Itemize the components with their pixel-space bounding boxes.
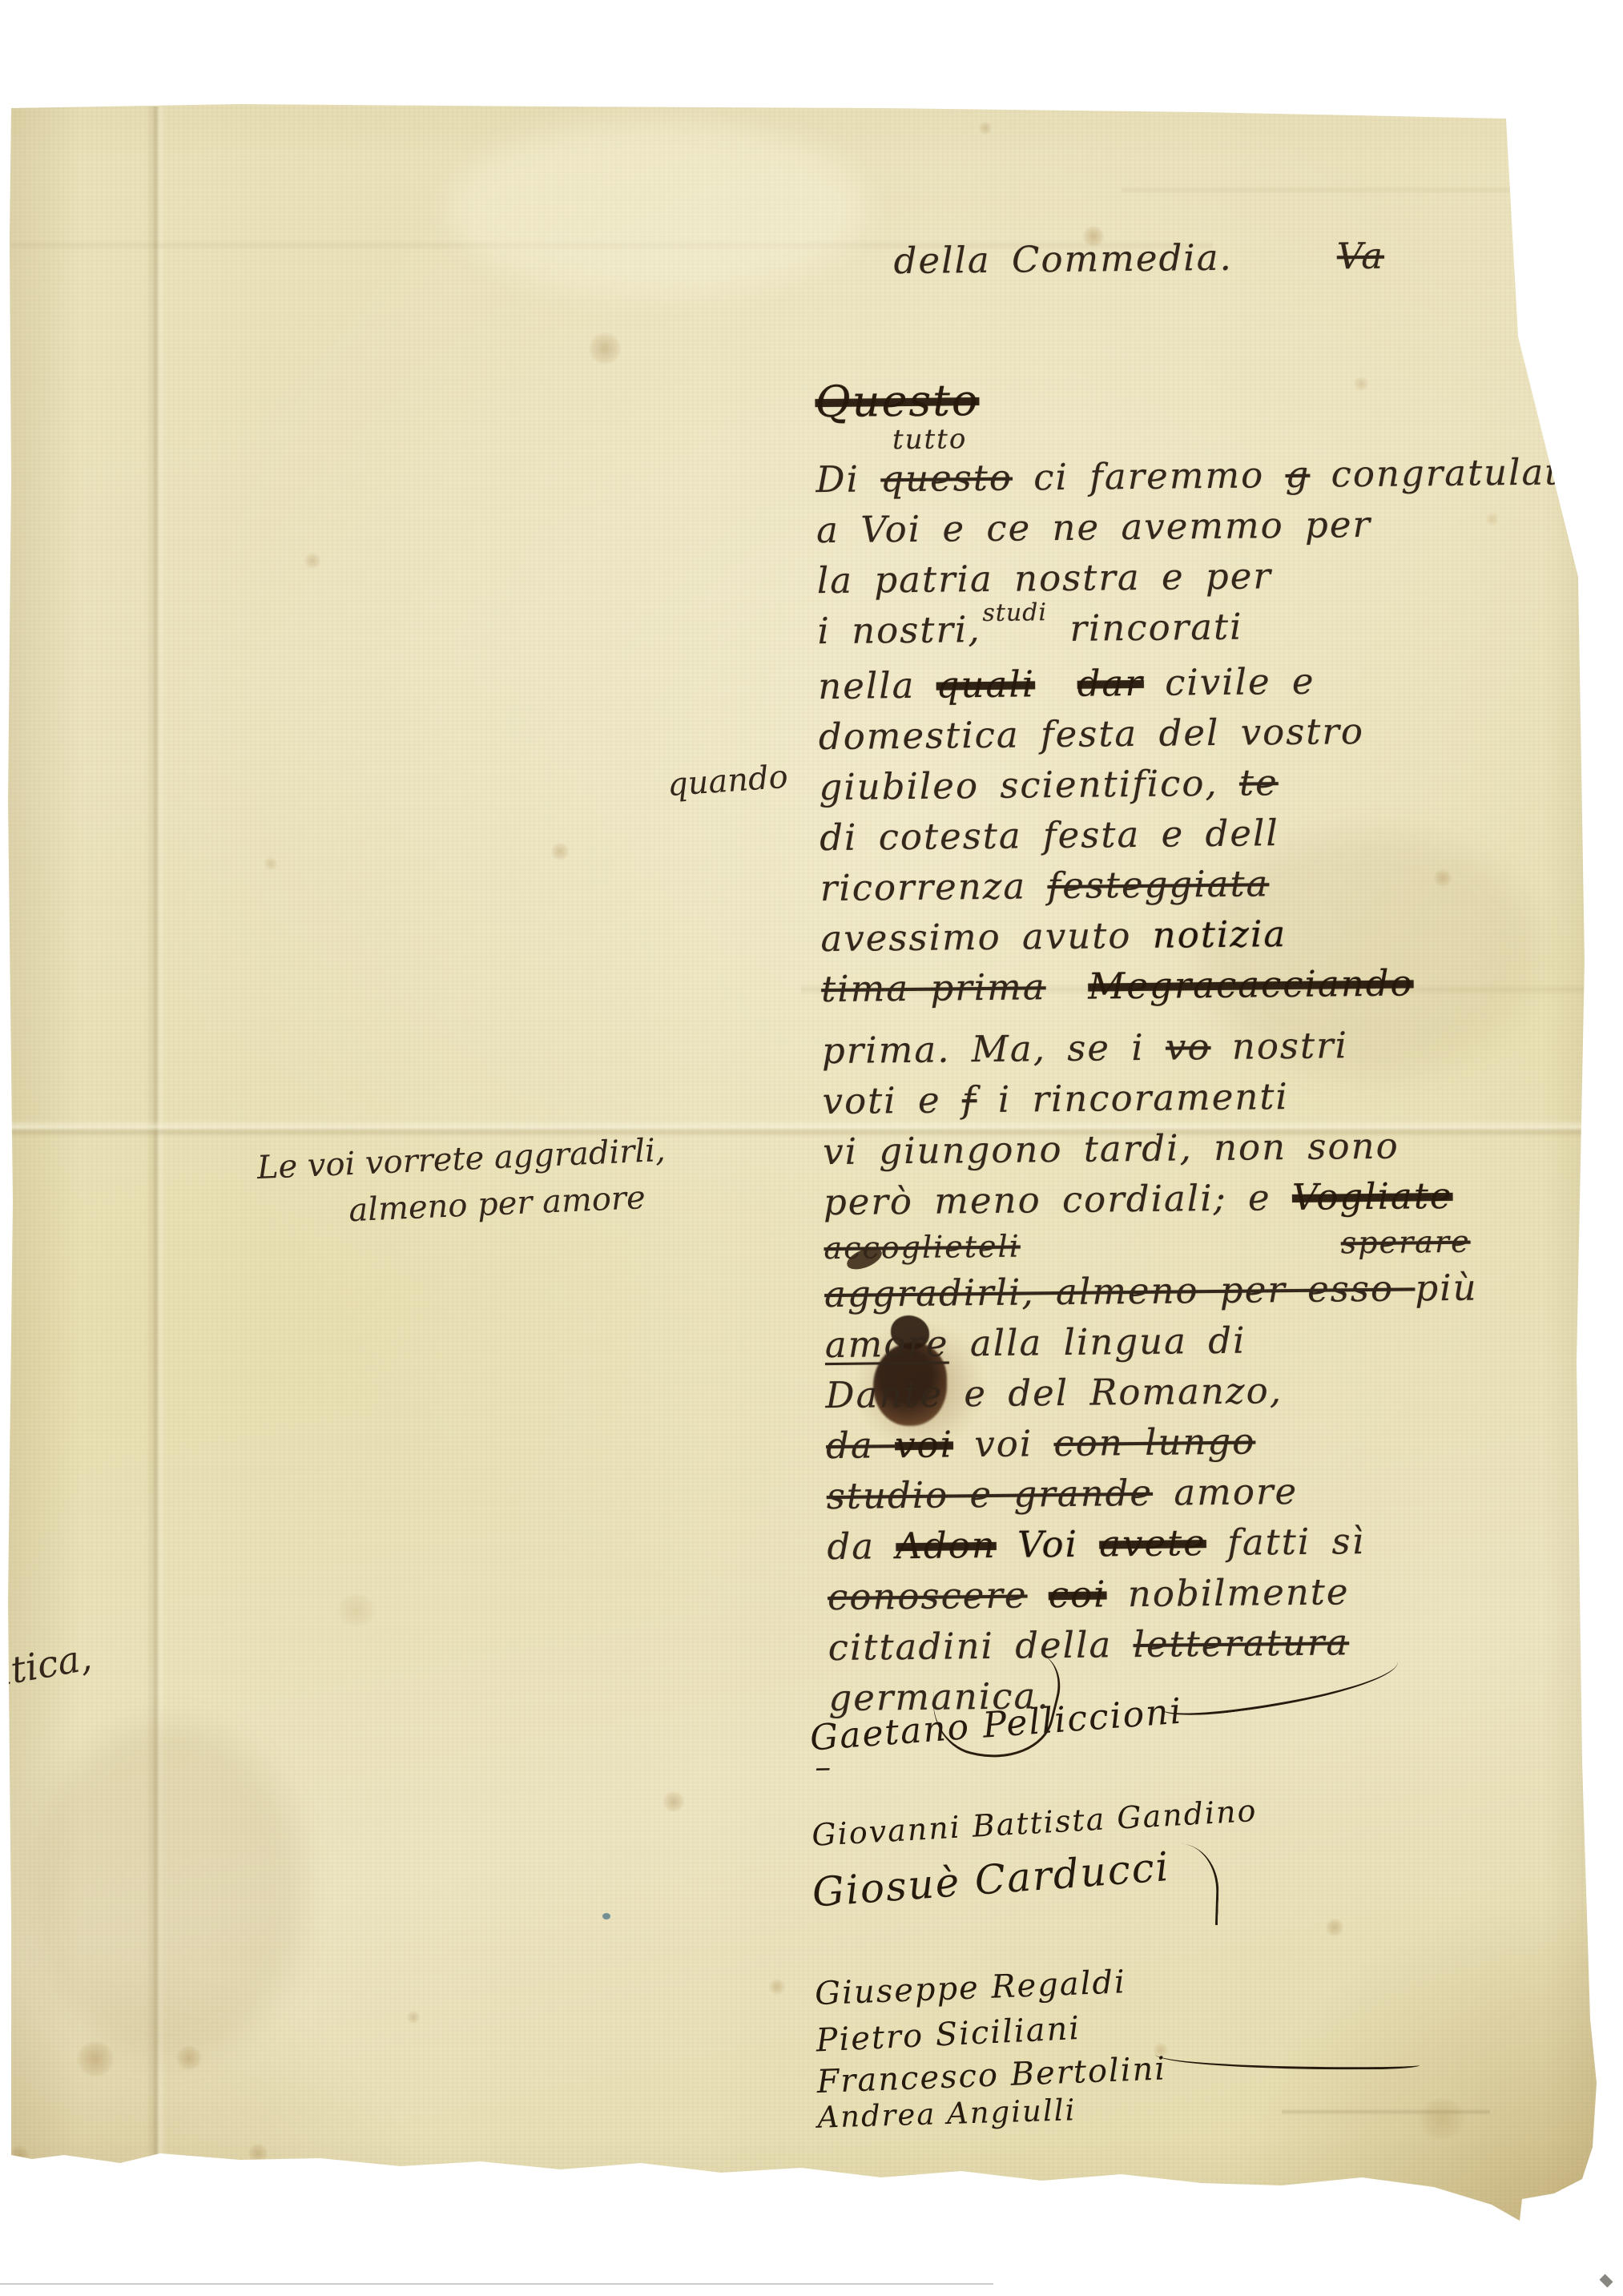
manuscript-line: però meno cordiali; e Vogliate: [824, 1169, 1609, 1227]
manuscript-line: vi giungono tardi, non sono: [823, 1118, 1609, 1177]
text-segment: Di: [816, 457, 880, 501]
text-segment: prima. Ma, se i: [822, 1026, 1166, 1072]
struck-segment: da: [826, 1424, 896, 1467]
manuscript-line: a Voi e ce ne avemmo per: [816, 497, 1602, 555]
signature-name: Giuseppe Regaldi: [814, 1964, 1126, 2012]
struck-segment: g: [1285, 453, 1310, 496]
struck-segment: quali: [936, 663, 1035, 706]
margin-insertion-quando: quando: [667, 759, 790, 804]
manuscript-line: aggradirli, almeno per esso più: [824, 1261, 1610, 1319]
text-segment: della Commedia.: [893, 236, 1233, 282]
struck-segment: prima: [930, 965, 1046, 1009]
scan-canvas: della Commedia.VaQuestotuttoDi questo ci…: [0, 0, 1623, 2296]
manuscript-line: Dante e del Romanzo,: [825, 1362, 1611, 1420]
text-segment: la patria nostra e per: [817, 554, 1273, 602]
text-segment: [1045, 965, 1088, 1009]
struck-segment: sperare: [1341, 1224, 1471, 1261]
text-segment: vi giungono tardi, non sono: [823, 1125, 1399, 1174]
struck-segment: voi: [895, 1423, 953, 1466]
struck-segment: aggradirli, almeno per esso: [824, 1267, 1416, 1315]
paper-sheet: della Commedia.VaQuestotuttoDi questo ci…: [0, 0, 1623, 2296]
struck-segment: letteratura: [1133, 1621, 1349, 1666]
text-segment: avessimo avuto: [820, 914, 1153, 960]
text-segment: da: [827, 1525, 896, 1568]
text-segment: Dante e del Romanzo,: [825, 1369, 1283, 1416]
manuscript-line: giubileo scientifico, te: [819, 754, 1605, 812]
text-segment: Voi: [996, 1523, 1099, 1566]
text-segment: tutto: [892, 423, 968, 456]
manuscript-line: ricorrenza festeggiata: [820, 855, 1605, 913]
struck-segment: studio e grande: [826, 1472, 1153, 1517]
struck-segment: conoscere: [828, 1573, 1028, 1618]
stain-spot: [248, 2144, 268, 2163]
manuscript-line: la patria nostra e per: [816, 547, 1602, 606]
age-patch: [449, 120, 865, 296]
stain-spot: [407, 2011, 420, 2024]
struck-segment: Va: [1337, 235, 1385, 278]
manuscript-line: conoscere coi nobilmente: [828, 1564, 1613, 1622]
text-segment: [1035, 663, 1077, 706]
text-segment: alla lingua di: [948, 1319, 1246, 1365]
stain-spot: [77, 2041, 114, 2076]
stain-spot: [176, 2046, 202, 2070]
stain-spot: [589, 332, 621, 365]
stain-spot: [264, 857, 277, 870]
struck-segment: accoglieteli: [824, 1229, 1021, 1267]
struck-segment: coi: [1049, 1573, 1107, 1616]
stain-spot: [304, 553, 320, 569]
text-segment: i nostri,: [817, 608, 981, 652]
manuscript-line: studio e grande amore: [826, 1463, 1612, 1521]
text-segment: [1027, 1573, 1049, 1616]
struck-segment: Questo: [815, 375, 980, 427]
text-segment: di cotesta festa e dell: [820, 812, 1279, 859]
struck-segment: Megracacciando: [1088, 961, 1414, 1007]
text-segment: a Voi e ce ne avemmo per: [816, 503, 1371, 551]
manuscript-line: tima prima Megracacciando: [821, 956, 1607, 1014]
stain-spot: [769, 1979, 785, 1995]
signature-name: Andrea Angiulli: [817, 2093, 1077, 2135]
struck-segment: tima: [821, 967, 931, 1010]
manuscript-line: voti e f i rincoramenti: [822, 1068, 1608, 1126]
text-segment: nobilmente: [1106, 1570, 1350, 1615]
stain-spot: [551, 843, 569, 860]
struck-segment: festeggiata: [1047, 862, 1269, 907]
manuscript-line: prima. Ma, se i vo nostri: [822, 1017, 1608, 1076]
text-segment: voti e: [822, 1078, 962, 1122]
struck-segment: vo: [1166, 1025, 1211, 1069]
manuscript-line: i nostri,studi rincorati: [817, 598, 1603, 661]
text-segment: congratulati: [1310, 450, 1595, 496]
text-segment: voi: [953, 1422, 1054, 1465]
scanner-artifact-line: [0, 2283, 993, 2285]
ink-speck-blue: [602, 1913, 610, 1919]
manuscript-text: della Commedia.VaQuestotuttoDi questo ci…: [813, 228, 1613, 1723]
text-segment: fatti sì: [1206, 1520, 1366, 1564]
struck-segment: Adon: [896, 1524, 997, 1567]
text-segment: civile e: [1144, 660, 1315, 704]
signatures-block: Gaetano Pelliccioni–Giovanni Battista Ga…: [808, 1681, 1618, 2132]
text-segment: ricorrenza: [820, 864, 1048, 909]
struck-segment: dar: [1077, 662, 1144, 705]
stain-spot: [663, 1791, 684, 1812]
manuscript-line: Di questo ci faremmo g congratulati de: [816, 446, 1601, 505]
stain-spot: [979, 122, 992, 135]
manuscript-line: da voi voi con lungo: [826, 1412, 1612, 1471]
manuscript-line: avessimo avuto notizia: [820, 905, 1606, 964]
flourish-stroke: [1155, 2049, 1420, 2070]
text-segment: però meno cordiali; e: [824, 1176, 1293, 1223]
struck-segment: f: [962, 1078, 977, 1121]
struck-segment: avete: [1099, 1521, 1206, 1565]
text-segment: nella: [818, 664, 936, 708]
struck-segment: con lungo: [1053, 1420, 1255, 1464]
signature-name: Giosuè Carducci: [811, 1843, 1172, 1916]
struck-segment: de: [1595, 449, 1623, 493]
manuscript-line: di cotesta festa e dell: [820, 804, 1605, 863]
age-patch: [32, 1722, 304, 2059]
inserted-word: studi: [982, 598, 1047, 627]
manuscript-line: Questo: [815, 369, 1601, 427]
text-segment: amore: [1153, 1470, 1299, 1514]
flourish-stroke: [1178, 1844, 1220, 1925]
stain-spot: [1526, 136, 1542, 152]
signature-name: Pietro Siciliani: [816, 2010, 1082, 2060]
text-segment: amore: [825, 1322, 949, 1366]
text-segment: giubileo scientifico,: [819, 762, 1239, 808]
margin-note: Le voi vorrete aggradirli, almeno per am…: [256, 1127, 669, 1238]
scanner-artifact-mark: [1600, 2274, 1613, 2288]
stain-spot: [10, 2145, 29, 2165]
struck-segment: te: [1239, 761, 1279, 804]
text-segment: nostri: [1210, 1024, 1348, 1068]
margin-fragment: litica,: [0, 1635, 95, 1696]
text-segment: i rincoramenti: [977, 1075, 1289, 1121]
struck-segment: Vogliate: [1292, 1174, 1453, 1218]
manuscript-line: amore alla lingua di: [824, 1311, 1610, 1370]
manuscript-line: nella quali dar civile e: [818, 653, 1604, 711]
text-segment: domestica festa del vostro: [819, 710, 1365, 758]
struck-segment: questo: [880, 457, 1013, 501]
text-segment: notizia: [1152, 912, 1287, 957]
fold-crease-vertical: [146, 107, 167, 2157]
manuscript-line: della Commedia.Va: [813, 228, 1599, 287]
stain-spot: [336, 1594, 377, 1626]
manuscript-line: da Adon Voi avete fatti sì: [827, 1513, 1613, 1572]
text-segment: più: [1415, 1267, 1478, 1310]
text-segment: ci faremmo: [1013, 453, 1286, 499]
manuscript-line: domestica festa del vostro: [819, 703, 1605, 762]
text-segment: rincorati: [1049, 606, 1243, 651]
fold-crease-horizontal: [1122, 186, 1570, 194]
